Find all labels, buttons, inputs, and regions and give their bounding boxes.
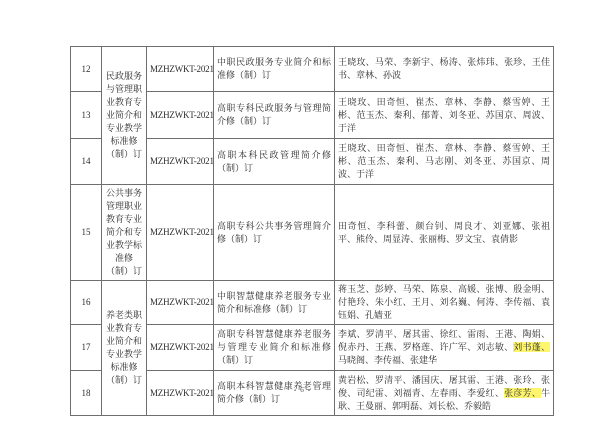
members-text: 王晓玫、马荣、李新宇、杨涛、张炜玮、张珍、王佳书、章林、孙波 [338,57,550,80]
table-row: 16 养老类职业教育专业简介和专业教学标准修（制）订 MZHZWKT-20210… [71,281,554,325]
project-code: MZHZWKT-2021012 [147,47,214,92]
highlighted-member: 刘书蓬、 [513,342,550,352]
row-number: 16 [71,281,102,325]
row-number: 14 [71,139,102,185]
table-row: 12 民政服务与管理职业教育专业简介和专业教学标准修（制）订 MZHZWKT-2… [71,47,554,92]
project-code: MZHZWKT-2021017 [147,325,214,371]
row-number: 13 [71,92,102,139]
members-text: 田奇恒、李科蕾、颜台钊、周良才、刘亚娜、张祖平、熊伶、周显涛、张丽梅、罗文宝、袁… [338,221,550,244]
members-text: 王晓玫、田奇恒、崔杰、章林、李静、蔡雪婷、王彬、范玉杰、秦利、马志刚、刘冬亚、苏… [338,143,550,179]
members-cell: 王晓玫、田奇恒、崔杰、章林、李静、蔡雪婷、王彬、范玉杰、秦利、郁菁、刘冬亚、苏国… [335,92,554,139]
members-cell: 王晓玫、马荣、李新宇、杨涛、张炜玮、张珍、王佳书、章林、孙波 [335,47,554,92]
task-description: 高职专科公共事务管理简介修（制）订 [214,185,335,281]
members-cell: 王晓玫、田奇恒、崔杰、章林、李静、蔡雪婷、王彬、范玉杰、秦利、马志刚、刘冬亚、苏… [335,139,554,185]
members-text: 蒋玉芝、彭婷、马荣、陈泉、高媛、张博、殷金明、付艳玲、朱小红、王月、刘名巍、何涛… [338,284,550,320]
table-row: 15 公共事务管理职业教育专业简介和专业教学标准修（制）订 MZHZWKT-20… [71,185,554,281]
task-description: 中职智慧健康养老服务专业简介和标准修（制）订 [214,281,335,325]
members-cell: 蒋玉芝、彭婷、马荣、陈泉、高媛、张博、殷金明、付艳玲、朱小红、王月、刘名巍、何涛… [335,281,554,325]
page-number: - 6 - [0,385,605,394]
group-label-cell: 养老类职业教育专业简介和专业教学标准修（制）订 [102,281,147,416]
group-label-cell: 民政服务与管理职业教育专业简介和专业教学标准修（制）订 [102,47,147,185]
row-number: 12 [71,47,102,92]
project-code: MZHZWKT-2021014 [147,139,214,185]
task-description: 高职本科民政管理简介修（制）订 [214,139,335,185]
project-code: MZHZWKT-2021015 [147,185,214,281]
row-number: 17 [71,325,102,371]
row-number: 15 [71,185,102,281]
members-text: 王晓玫、田奇恒、崔杰、章林、李静、蔡雪婷、王彬、范玉杰、秦利、郁菁、刘冬亚、苏国… [338,97,550,133]
members-cell: 李斌、罗清平、屠其雷、徐红、雷雨、王港、陶娟、倪赤丹、王燕、罗格莲、许广军、刘志… [335,325,554,371]
projects-table: 12 民政服务与管理职业教育专业简介和专业教学标准修（制）订 MZHZWKT-2… [70,46,554,416]
task-description: 高职专科智慧健康养老服务与管理专业简介和标准修（制）订 [214,325,335,371]
task-description: 中职民政服务专业简介和标准修（制）订 [214,47,335,92]
members-cell: 田奇恒、李科蕾、颜台钊、周良才、刘亚娜、张祖平、熊伶、周显涛、张丽梅、罗文宝、袁… [335,185,554,281]
members-text: 马晓阁、李传福、张建华 [338,355,437,365]
project-code: MZHZWKT-2021016 [147,281,214,325]
task-description: 高职专科民政服务与管理简介修（制）订 [214,92,335,139]
group-label-cell: 公共事务管理职业教育专业简介和专业教学标准修（制）订 [102,185,147,281]
project-code: MZHZWKT-2021013 [147,92,214,139]
